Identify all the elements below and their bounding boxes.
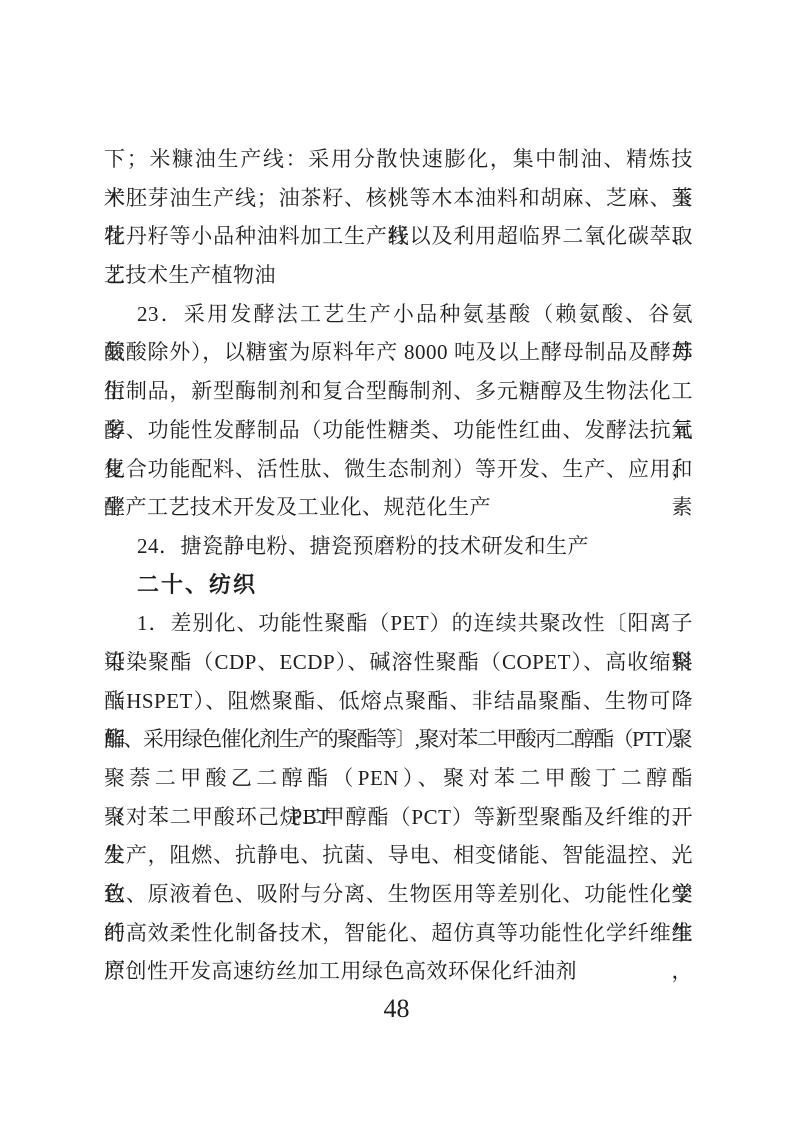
list-item-23: 23．采用发酵法工艺生产小品种氨基酸（赖氨酸、谷氨酸、苏 氨酸除外），以糖蜜为原… (104, 295, 693, 527)
document-page: 下；米糠油生产线：采用分散快速膨化，集中制油、精炼技术；玉 米胚芽油生产线；油茶… (0, 0, 793, 1122)
paragraph-line: 聚对苯二甲酸环己烷二甲醇酯（PCT）等新型聚酯及纤维的开发、 (104, 798, 693, 837)
paragraph-line: 生产，阻燃、抗静电、抗菌、导电、相变储能、智能温控、光致变 (104, 836, 693, 875)
paragraph-line: 酯、采用绿色催化剂生产的聚酯等〕,聚对苯二甲酸丙二醇酯（PTT）、 (104, 720, 693, 759)
section-textile: 二十、纺织 1．差别化、功能性聚酯（PET）的连续共聚改性〔阳离子染料 可染聚酯… (104, 566, 693, 992)
paragraph-line: 艺技术生产植物油 (104, 256, 693, 295)
page-number: 48 (0, 993, 793, 1025)
section-heading: 二十、纺织 (104, 566, 693, 605)
paragraph-line: 下；米糠油生产线：采用分散快速膨化，集中制油、精炼技术；玉 (104, 140, 693, 179)
paragraph-line: 的高效柔性化制备技术，智能化、超仿真等功能性化学纤维生产， (104, 914, 693, 953)
paragraph-line: 聚萘二甲酸乙二醇酯（PEN）、聚对苯二甲酸丁二醇酯（PBT）、 (104, 759, 693, 798)
paragraph-line: 醇、功能性发酵制品（功能性糖类、功能性红曲、发酵法抗氧化和 (104, 411, 693, 450)
paragraph-line: 牡丹籽等小品种油料加工生产线以及利用超临界二氧化碳萃取工 (104, 217, 693, 256)
paragraph-line: 复合功能配料、活性肽、微生态制剂）等开发、生产、应用，酵素 (104, 450, 693, 489)
paragraph-line: 23．采用发酵法工艺生产小品种氨基酸（赖氨酸、谷氨酸、苏 (104, 295, 693, 334)
paragraph-line: （HSPET）、阻燃聚酯、低熔点聚酯、非结晶聚酯、生物可降解聚 (104, 682, 693, 721)
paragraph-line: 生制品，新型酶制剂和复合型酶制剂、多元糖醇及生物法化工多元 (104, 372, 693, 411)
paragraph-line: 24．搪瓷静电粉、搪瓷预磨粉的技术研发和生产 (104, 527, 693, 566)
text-block: 下；米糠油生产线：采用分散快速膨化，集中制油、精炼技术；玉 米胚芽油生产线；油茶… (104, 140, 693, 991)
paragraph-line: 氨酸除外），以糖蜜为原料年产 8000 吨及以上酵母制品及酵母衍 (104, 333, 693, 372)
paragraph-line: 1．差别化、功能性聚酯（PET）的连续共聚改性〔阳离子染料 (104, 604, 693, 643)
list-item-24: 24．搪瓷静电粉、搪瓷预磨粉的技术研发和生产 (104, 527, 693, 566)
paragraph-line: 米胚芽油生产线；油茶籽、核桃等木本油料和胡麻、芝麻、葵花籽、 (104, 179, 693, 218)
paragraph-line: 色、原液着色、吸附与分离、生物医用等差别化、功能性化学纤维 (104, 875, 693, 914)
paragraph-line: 可染聚酯（CDP、ECDP）、碱溶性聚酯（COPET）、高收缩聚酯 (104, 643, 693, 682)
paragraph-continuation: 下；米糠油生产线：采用分散快速膨化，集中制油、精炼技术；玉 米胚芽油生产线；油茶… (104, 140, 693, 295)
